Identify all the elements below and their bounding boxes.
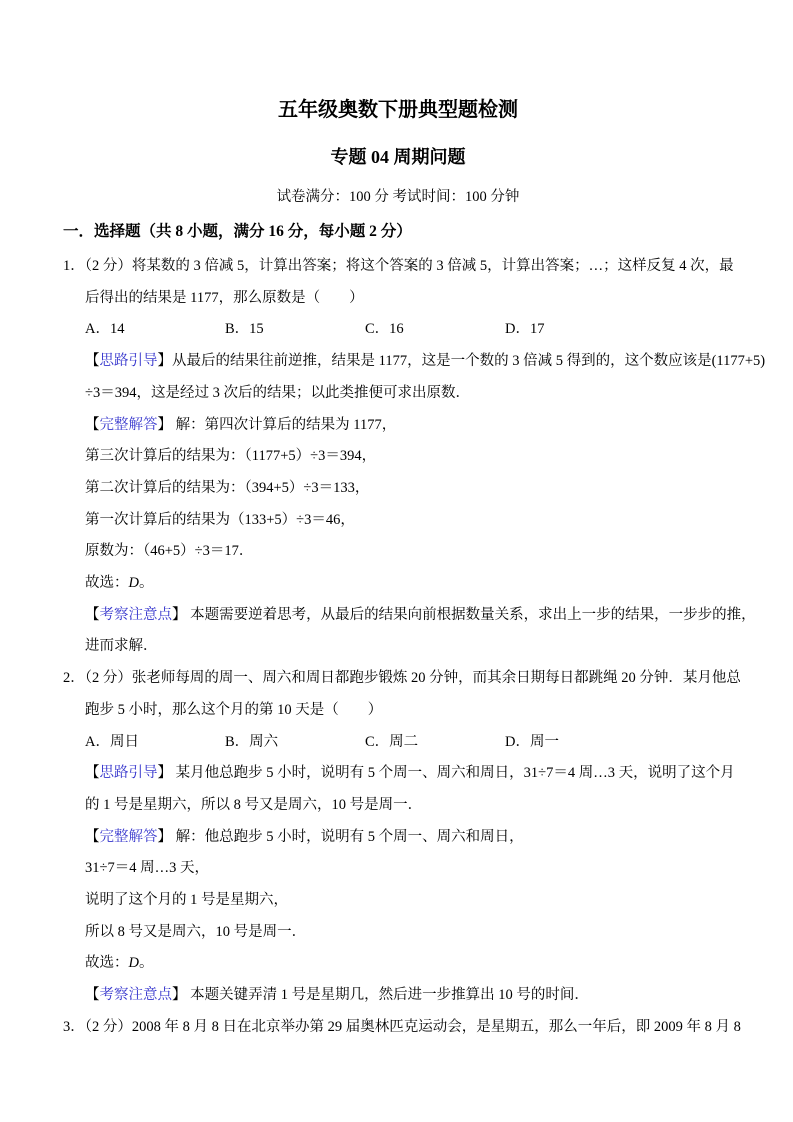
- question-1: 1．（2 分）将某数的 3 倍减 5，计算出答案；将这个答案的 3 倍减 5，计…: [63, 251, 733, 663]
- q1-stem-line-1: 1．（2 分）将某数的 3 倍减 5，计算出答案；将这个答案的 3 倍减 5，计…: [63, 251, 733, 283]
- note-label-close-bracket: 】: [172, 607, 187, 623]
- q2-answer-letter: D: [129, 955, 139, 971]
- q2-solution-line-2: 31÷7＝4 周…3 天，: [63, 853, 733, 885]
- q2-option-b: B．周六: [225, 727, 365, 759]
- q2-choice-suffix: 。: [139, 955, 154, 971]
- q1-choice-prefix: 故选：: [85, 575, 129, 591]
- q2-options-row: A．周日B．周六C．周二D．周一: [63, 727, 733, 759]
- q1-choice-line: 故选：D。: [63, 568, 733, 600]
- solution-label-open-bracket: 【: [85, 829, 100, 845]
- guide-label-open-bracket: 【: [85, 353, 100, 369]
- q1-option-a: A．14: [85, 314, 225, 346]
- q1-solution-intro: 解：第四次计算后的结果为 1177，: [172, 417, 396, 433]
- solution-label-open-bracket: 【: [85, 417, 100, 433]
- exam-meta: 试卷满分：100 分 考试时间：100 分钟: [63, 187, 733, 207]
- q2-stem-line-2: 跑步 5 小时，那么这个月的第 10 天是（ ）: [63, 695, 733, 727]
- q1-option-d: D．17: [505, 314, 544, 346]
- note-label: 考察注意点: [100, 987, 173, 1003]
- q2-stem-line-1: 2．（2 分）张老师每周的周一、周六和周日都跑步锻炼 20 分钟，而其余日期每日…: [63, 663, 733, 695]
- q2-note-text-1: 本题关键弄清 1 号是星期几，然后进一步推算出 10 号的时间．: [187, 987, 589, 1003]
- solution-label: 完整解答: [100, 417, 158, 433]
- q2-guide-line-2: 的 1 号是星期六，所以 8 号又是周六，10 号是周一．: [63, 790, 733, 822]
- question-3: 3．（2 分）2008 年 8 月 8 日在北京举办第 29 届奥林匹克运动会，…: [63, 1012, 733, 1044]
- solution-label: 完整解答: [100, 829, 158, 845]
- q1-solution-line-3: 第二次计算后的结果为：（394+5）÷3＝133，: [63, 473, 733, 505]
- solution-label-close-bracket: 】: [158, 829, 173, 845]
- guide-label: 思路引导: [100, 765, 158, 781]
- q1-option-b: B．15: [225, 314, 365, 346]
- guide-label-close-bracket: 】: [158, 353, 173, 369]
- guide-label-close-bracket: 】: [158, 765, 173, 781]
- q2-guide-line-1: 【思路引导】 某月他总跑步 5 小时，说明有 5 个周一、周六和周日，31÷7＝…: [63, 758, 733, 790]
- note-label-close-bracket: 】: [172, 987, 187, 1003]
- note-label-open-bracket: 【: [85, 607, 100, 623]
- q1-stem-line-2: 后得出的结果是 1177，那么原数是（ ）: [63, 283, 733, 315]
- questions-area: 1．（2 分）将某数的 3 倍减 5，计算出答案；将这个答案的 3 倍减 5，计…: [63, 251, 733, 1044]
- q1-solution-line-2: 第三次计算后的结果为：（1177+5）÷3＝394，: [63, 441, 733, 473]
- q1-note-line-2: 进而求解．: [63, 631, 733, 663]
- q1-note-text-1: 本题需要逆着思考，从最后的结果向前根据数量关系，求出上一步的结果，一步步的推，: [187, 607, 756, 623]
- q1-choice-suffix: 。: [139, 575, 154, 591]
- note-label-open-bracket: 【: [85, 987, 100, 1003]
- solution-label-close-bracket: 】: [158, 417, 173, 433]
- exam-document-page: 五年级奥数下册典型题检测 专题 04 周期问题 试卷满分：100 分 考试时间：…: [0, 0, 793, 1122]
- q1-option-c: C．16: [365, 314, 505, 346]
- q2-solution-line-4: 所以 8 号又是周六，10 号是周一．: [63, 917, 733, 949]
- q2-solution-line-1: 【完整解答】 解：他总跑步 5 小时，说明有 5 个周一、周六和周日，: [63, 822, 733, 854]
- q2-solution-intro: 解：他总跑步 5 小时，说明有 5 个周一、周六和周日，: [172, 829, 524, 845]
- q1-solution-line-1: 【完整解答】 解：第四次计算后的结果为 1177，: [63, 410, 733, 442]
- note-label: 考察注意点: [100, 607, 173, 623]
- q2-option-c: C．周二: [365, 727, 505, 759]
- q2-solution-line-3: 说明了这个月的 1 号是星期六，: [63, 885, 733, 917]
- q1-guide-line-2: ÷3＝394，这是经过 3 次后的结果；以此类推便可求出原数．: [63, 378, 733, 410]
- guide-label: 思路引导: [100, 353, 158, 369]
- q1-guide-line-1: 【思路引导】从最后的结果往前逆推，结果是 1177，这是一个数的 3 倍减 5 …: [63, 346, 733, 378]
- q1-solution-line-5: 原数为：（46+5）÷3＝17．: [63, 536, 733, 568]
- q2-note-line-1: 【考察注意点】 本题关键弄清 1 号是星期几，然后进一步推算出 10 号的时间．: [63, 980, 733, 1012]
- q2-choice-line: 故选：D。: [63, 948, 733, 980]
- page-title: 五年级奥数下册典型题检测: [63, 97, 733, 123]
- q2-guide-text-1: 某月他总跑步 5 小时，说明有 5 个周一、周六和周日，31÷7＝4 周…3 天…: [172, 765, 735, 781]
- guide-label-open-bracket: 【: [85, 765, 100, 781]
- section-heading: 一．选择题（共 8 小题，满分 16 分，每小题 2 分）: [63, 220, 733, 244]
- q1-note-line-1: 【考察注意点】 本题需要逆着思考，从最后的结果向前根据数量关系，求出上一步的结果…: [63, 600, 733, 632]
- question-2: 2．（2 分）张老师每周的周一、周六和周日都跑步锻炼 20 分钟，而其余日期每日…: [63, 663, 733, 1012]
- q1-guide-text-1: 从最后的结果往前逆推，结果是 1177，这是一个数的 3 倍减 5 得到的，这个…: [172, 353, 765, 369]
- q1-solution-line-4: 第一次计算后的结果为（133+5）÷3＝46，: [63, 505, 733, 537]
- page-subtitle: 专题 04 周期问题: [63, 145, 733, 169]
- q3-stem-line-1: 3．（2 分）2008 年 8 月 8 日在北京举办第 29 届奥林匹克运动会，…: [63, 1012, 733, 1044]
- q1-answer-letter: D: [129, 575, 139, 591]
- q2-option-a: A．周日: [85, 727, 225, 759]
- q2-choice-prefix: 故选：: [85, 955, 129, 971]
- q2-option-d: D．周一: [505, 727, 559, 759]
- q1-options-row: A．14B．15C．16D．17: [63, 314, 733, 346]
